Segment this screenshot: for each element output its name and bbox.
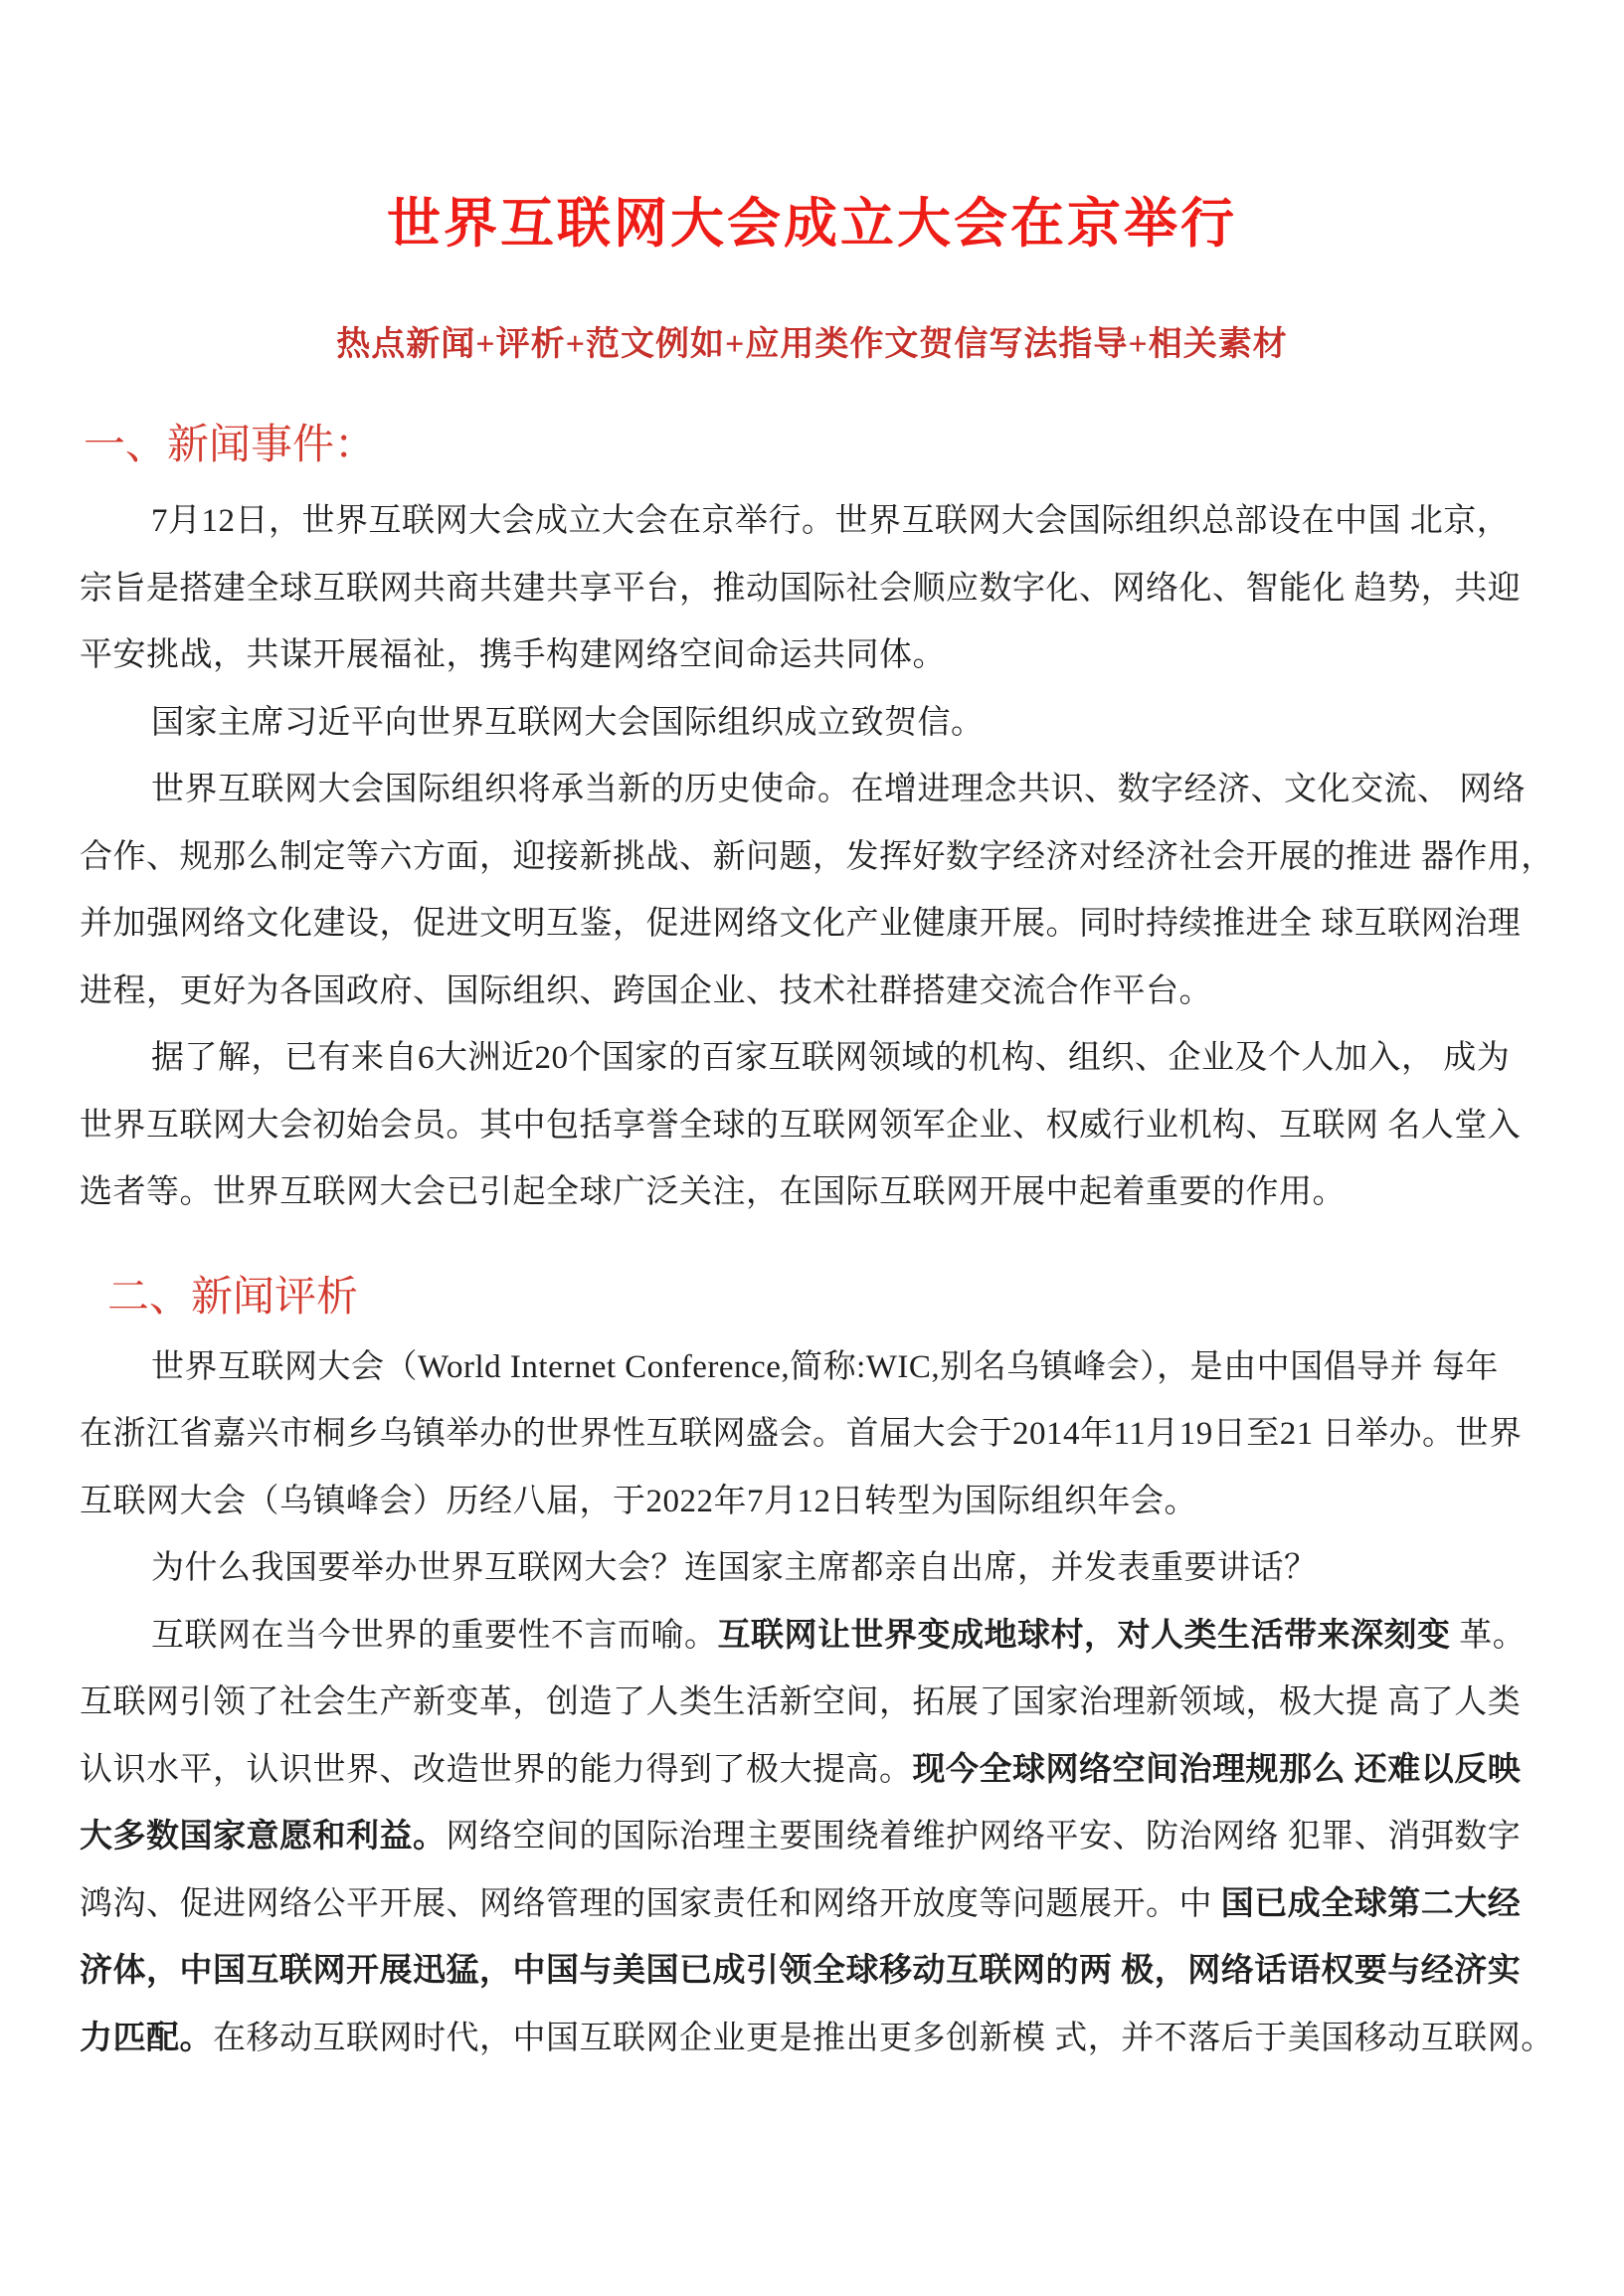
text-segment: 认识水平，认识世界、改造世界的能力得到了极大提高。 — [80, 1752, 913, 1788]
text-segment: 互联网在当今世界的重要性不言而喻。 — [151, 1618, 718, 1654]
document-content: 世界互联网大会成立大会在京举行 热点新闻+评析+范文例如+应用类作文贺信写法指导… — [0, 191, 1624, 2072]
text-line: 世界互联网大会初始会员。其中包括享誉全球的互联网领军企业、权威行业机构、互联网 … — [80, 1093, 1544, 1160]
text-segment: 宗旨是搭建全球互联网共商共建共享平台，推动国际社会顺应数字化、网络化、智能化 趋… — [80, 571, 1521, 607]
text-line: 据了解，已有来自6大洲近20个国家的百家互联网领域的机构、组织、企业及个人加入，… — [80, 1025, 1544, 1093]
text-line: 7月12日，世界互联网大会成立大会在京举行。世界互联网大会国际组织总部设在中国 … — [80, 488, 1544, 556]
text-segment: 7月12日，世界互联网大会成立大会在京举行。世界互联网大会国际组织总部设在中国 … — [151, 503, 1510, 539]
text-segment: 世界互联网大会（World Internet Conference,简称:WIC… — [151, 1349, 1499, 1385]
text-line: 合作、规那么制定等六方面，迎接新挑战、新问题，发挥好数字经济对经济社会开展的推进… — [80, 824, 1544, 892]
text-line: 鸿沟、促进网络公平开展、网络管理的国家责任和网络开放度等问题展开。中 国已成全球… — [80, 1871, 1544, 1939]
text-line: 宗旨是搭建全球互联网共商共建共享平台，推动国际社会顺应数字化、网络化、智能化 趋… — [80, 556, 1544, 623]
text-line: 进程，更好为各国政府、国际组织、跨国企业、技术社群搭建交流合作平台。 — [80, 959, 1544, 1026]
section-2-heading: 二、新闻评析 — [107, 1271, 1544, 1325]
text-segment: 互联网引领了社会生产新变革，创造了人类生活新空间，拓展了国家治理新领域，极大提 … — [80, 1684, 1521, 1720]
text-segment: 并加强网络文化建设，促进文明互鉴，促进网络文化产业健康开展。同时持续推进全 球互… — [80, 906, 1521, 942]
text-line: 力匹配。在移动互联网时代，中国互联网企业更是推出更多创新模 式，并不落后于美国移… — [80, 2006, 1544, 2073]
text-line: 认识水平，认识世界、改造世界的能力得到了极大提高。现今全球网络空间治理规那么 还… — [80, 1737, 1544, 1805]
text-line: 平安挑战，共谋开展福祉，携手构建网络空间命运共同体。 — [80, 622, 1544, 690]
bold-text-segment: 国已成全球第二大经 — [1221, 1886, 1522, 1922]
text-segment: 合作、规那么制定等六方面，迎接新挑战、新问题，发挥好数字经济对经济社会开展的推进… — [80, 839, 1554, 875]
page-subtitle: 热点新闻+评析+范文例如+应用类作文贺信写法指导+相关素材 — [80, 316, 1544, 365]
text-segment: 据了解，已有来自6大洲近20个国家的百家互联网领域的机构、组织、企业及个人加入，… — [151, 1040, 1510, 1076]
text-segment: 互联网大会（乌镇峰会）历经八届，于2022年7月12日转型为国际组织年会。 — [80, 1484, 1197, 1519]
text-line: 在浙江省嘉兴市桐乡乌镇举办的世界性互联网盛会。首届大会于2014年11月19日至… — [80, 1401, 1544, 1469]
bold-text-segment: 互联网让世界变成地球村，对人类生活带来深刻变 — [718, 1618, 1451, 1654]
text-line: 国家主席习近平向世界互联网大会国际组织成立致贺信。 — [80, 690, 1544, 758]
section-1-body: 7月12日，世界互联网大会成立大会在京举行。世界互联网大会国际组织总部设在中国 … — [80, 488, 1544, 1227]
text-segment: 国家主席习近平向世界互联网大会国际组织成立致贺信。 — [151, 705, 985, 741]
text-line: 济体，中国互联网开展迅猛，中国与美国已成引领全球移动互联网的两 极，网络话语权要… — [80, 1938, 1544, 2006]
text-segment: 网络空间的国际治理主要围绕着维护网络平安、防治网络 犯罪、消弭数字 — [447, 1819, 1522, 1854]
text-line: 并加强网络文化建设，促进文明互鉴，促进网络文化产业健康开展。同时持续推进全 球互… — [80, 891, 1544, 959]
bold-text-segment: 大多数国家意愿和利益。 — [80, 1819, 447, 1854]
section-2-body: 世界互联网大会（World Internet Conference,简称:WIC… — [80, 1334, 1544, 2073]
text-segment: 世界互联网大会国际组织将承当新的历史使命。在增进理念共识、数字经济、文化交流、 … — [151, 772, 1526, 807]
text-line: 互联网在当今世界的重要性不言而喻。互联网让世界变成地球村，对人类生活带来深刻变 … — [80, 1603, 1544, 1671]
text-line: 世界互联网大会（World Internet Conference,简称:WIC… — [80, 1334, 1544, 1402]
text-segment: 为什么我国要举办世界互联网大会？连国家主席都亲自出席，并发表重要讲话？ — [151, 1550, 1318, 1586]
text-segment: 鸿沟、促进网络公平开展、网络管理的国家责任和网络开放度等问题展开。中 — [80, 1886, 1221, 1922]
text-line: 互联网大会（乌镇峰会）历经八届，于2022年7月12日转型为国际组织年会。 — [80, 1469, 1544, 1536]
text-segment: 平安挑战，共谋开展福祉，携手构建网络空间命运共同体。 — [80, 637, 946, 673]
bold-text-segment: 力匹配。 — [80, 2021, 213, 2056]
text-segment: 在浙江省嘉兴市桐乡乌镇举办的世界性互联网盛会。首届大会于2014年11月19日至… — [80, 1416, 1523, 1452]
text-segment: 世界互联网大会初始会员。其中包括享誉全球的互联网领军企业、权威行业机构、互联网 … — [80, 1108, 1521, 1144]
text-segment: 选者等。世界互联网大会已引起全球广泛关注，在国际互联网开展中起着重要的作用。 — [80, 1174, 1346, 1210]
section-1-heading: 一、新闻事件： — [84, 419, 1544, 472]
bold-text-segment: 现今全球网络空间治理规那么 还难以反映 — [913, 1752, 1522, 1788]
text-line: 为什么我国要举办世界互联网大会？连国家主席都亲自出席，并发表重要讲话？ — [80, 1535, 1544, 1603]
bold-text-segment: 济体，中国互联网开展迅猛，中国与美国已成引领全球移动互联网的两 极，网络话语权要… — [80, 1953, 1521, 1989]
text-segment: 进程，更好为各国政府、国际组织、跨国企业、技术社群搭建交流合作平台。 — [80, 973, 1212, 1009]
text-line: 互联网引领了社会生产新变革，创造了人类生活新空间，拓展了国家治理新领域，极大提 … — [80, 1670, 1544, 1737]
document-page: 世界互联网大会成立大会在京举行 热点新闻+评析+范文例如+应用类作文贺信写法指导… — [0, 0, 1624, 2296]
page-title: 世界互联网大会成立大会在京举行 — [80, 191, 1544, 257]
text-line: 世界互联网大会国际组织将承当新的历史使命。在增进理念共识、数字经济、文化交流、 … — [80, 757, 1544, 824]
text-segment: 在移动互联网时代，中国互联网企业更是推出更多创新模 式，并不落后于美国移动互联网… — [213, 2021, 1554, 2056]
text-line: 大多数国家意愿和利益。网络空间的国际治理主要围绕着维护网络平安、防治网络 犯罪、… — [80, 1804, 1544, 1871]
text-segment: 革。 — [1451, 1618, 1527, 1654]
text-line: 选者等。世界互联网大会已引起全球广泛关注，在国际互联网开展中起着重要的作用。 — [80, 1159, 1544, 1227]
